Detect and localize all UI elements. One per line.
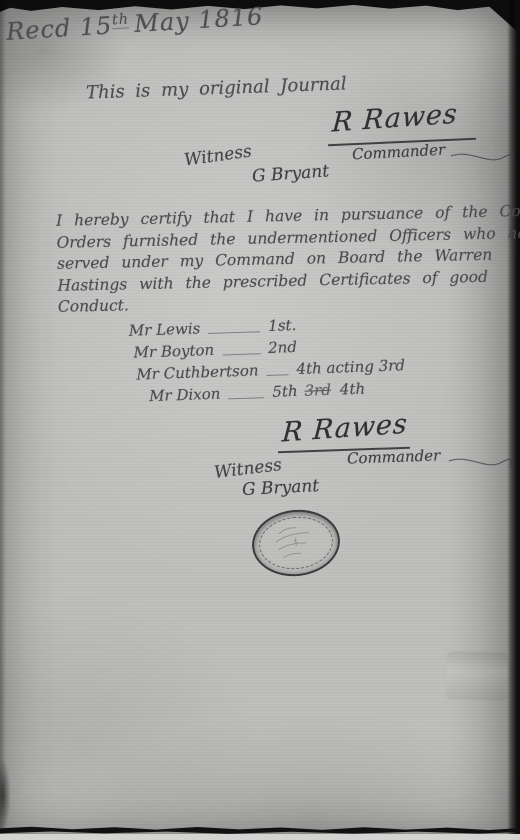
commander-title-1: Commander [352, 141, 446, 164]
journal-statement: This is my original Journal [86, 73, 347, 103]
officer-rank: 2nd [268, 338, 297, 357]
officers-list: Mr Lewis 1st. Mr Boyton 2nd Mr Cuthberts… [129, 312, 407, 410]
officer-rank-corrected: 4th [340, 380, 366, 399]
journal-page: Recd 15thMay 1816 This is my original Jo… [0, 0, 520, 840]
commander-signature-2: R Rawes [281, 408, 409, 448]
right-page-edge [507, 0, 520, 840]
officer-rank-struck: 3rd [304, 381, 331, 400]
officer-rank: 1st. [268, 316, 297, 335]
left-page-edge [0, 0, 6, 840]
seal-stamp [249, 506, 343, 581]
bottom-torn-edge [0, 826, 520, 834]
officer-name: Mr Cuthbertson [136, 361, 259, 383]
dash-line [208, 331, 260, 334]
witness-label-1: Witness [183, 141, 253, 170]
officer-rank: 5th [272, 382, 298, 401]
certification-paragraph: I hereby certify that I have in pursuanc… [56, 201, 516, 318]
officer-name: Mr Boyton [133, 341, 214, 362]
commander-title-2: Commander [347, 446, 441, 467]
commander-signature-1: R Rawes [331, 98, 459, 138]
paper-crease [445, 651, 508, 701]
officer-name: Mr Dixon [149, 385, 221, 405]
witness-signature-1: G Bryant [251, 161, 329, 186]
dash-line [267, 374, 289, 376]
witness-signature-2: G Bryant [242, 476, 320, 500]
bottom-margin-strip [0, 834, 520, 840]
paper-stain [0, 758, 11, 832]
received-date-text: Recd 15 [5, 11, 113, 45]
received-date-ordinal: th [111, 11, 129, 29]
pen-flourish-icon [448, 452, 514, 474]
pen-flourish-icon [450, 147, 516, 169]
dash-line [229, 397, 265, 399]
officer-name: Mr Lewis [129, 319, 201, 339]
dash-line [222, 353, 260, 355]
seal-illegible-marks [264, 517, 328, 569]
officer-rank: 4th acting 3rd [296, 356, 405, 378]
